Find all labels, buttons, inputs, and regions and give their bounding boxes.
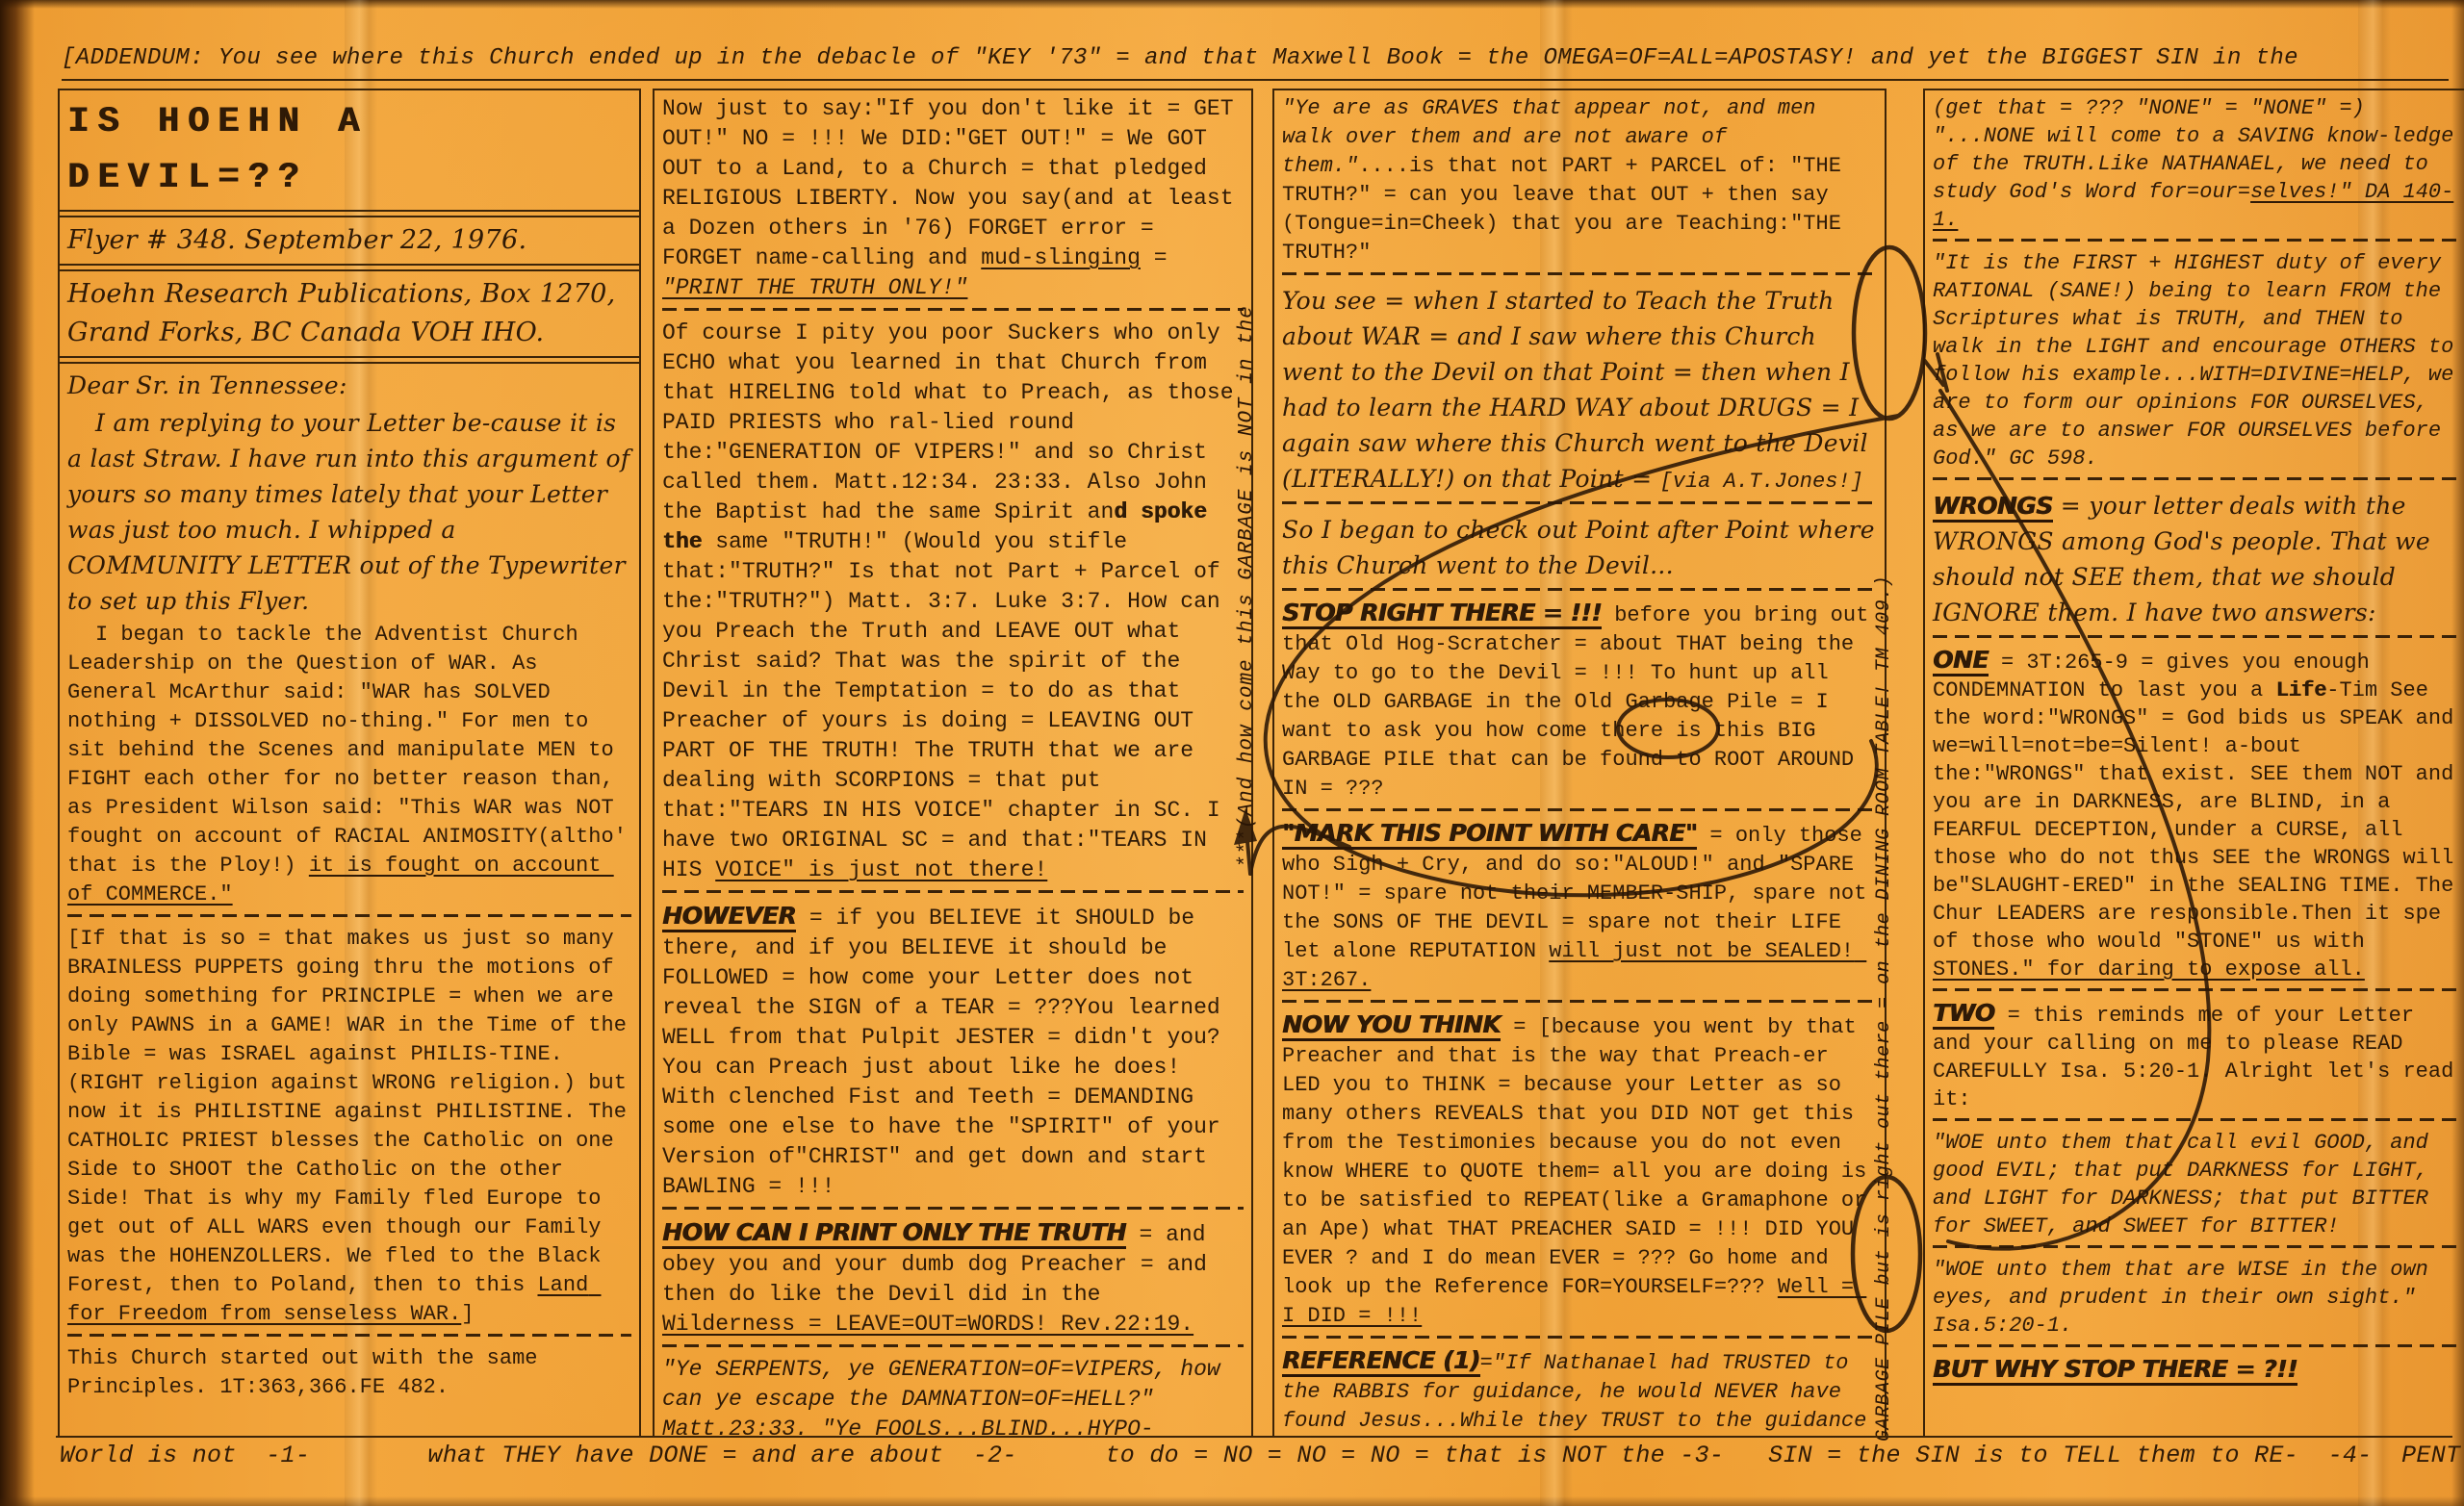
text-segment: Life: [2275, 678, 2326, 702]
text-segment: "PRINT THE TRUTH ONLY!": [662, 275, 967, 300]
text-segment: -Tim See the word:"WRONGS" = God bids us…: [1933, 678, 2464, 954]
text-block: REFERENCE (1)="If Nathanael had TRUSTED …: [1282, 1346, 1877, 1436]
text-segment: This Church started out with the same Pr…: [67, 1346, 551, 1399]
text-segment: Wilderness = LEAVE=OUT=WORDS! Rev.22:19.: [662, 1312, 1193, 1337]
text-segment: "Ye SERPENTS, ye GENERATION=OF=VIPERS, h…: [662, 1357, 1234, 1436]
bottom-rule: [56, 1436, 2452, 1438]
text-segment: ]: [461, 1302, 474, 1326]
dashed-separator: [1282, 588, 1877, 591]
text-segment: [via A.T.Jones!]: [1660, 470, 1863, 494]
margin-note-dining-room-table: GARBAGE PILE but is right out there = on…: [1873, 73, 1904, 1442]
text-block: I am replying to your Letter be-cause it…: [67, 405, 631, 619]
text-block: "Ye SERPENTS, ye GENERATION=OF=VIPERS, h…: [662, 1355, 1244, 1436]
text-block: You see = when I started to Teach the Tr…: [1282, 283, 1877, 497]
text-segment: VOICE" is just not there!: [715, 857, 1047, 882]
text-segment: [If that is so = that makes us just so m…: [67, 927, 639, 1297]
dashed-separator: [67, 1334, 631, 1337]
text-block: Now just to say:"If you don't like it = …: [662, 94, 1244, 303]
text-block: [If that is so = that makes us just so m…: [67, 925, 631, 1329]
text-segment: =: [1141, 245, 1180, 270]
dashed-separator: [1933, 635, 2464, 638]
text-block: Dear Sr. in Tennessee:: [67, 368, 631, 403]
horizontal-rule: [60, 362, 639, 364]
text-segment: same "TRUTH!" (Would you stifle that:"TR…: [662, 529, 1234, 882]
text-block: HOW CAN I PRINT ONLY THE TRUTH = and obe…: [662, 1217, 1244, 1340]
text-segment: ....is that not PART + PARCEL of: "THE T…: [1282, 154, 1854, 265]
dashed-separator: [1933, 477, 2464, 480]
margin-note-garbage-question: ***(And how come this GARBAGE is NOT in …: [1236, 60, 1267, 868]
text-block: WRONGS = your letter deals with the WRON…: [1933, 488, 2464, 630]
text-segment: TWO: [1933, 999, 1994, 1030]
text-segment: NOW YOU THINK: [1282, 1010, 1501, 1041]
text-segment: I am replying to your Letter be-cause it…: [67, 409, 638, 615]
horizontal-rule: [60, 210, 639, 212]
dashed-separator: [662, 890, 1244, 893]
text-block: Flyer # 348. September 22, 1976.: [67, 221, 631, 260]
dashed-separator: [662, 1344, 1244, 1347]
text-segment: = if you BELIEVE it SHOULD be there, and…: [662, 906, 1234, 1199]
horizontal-rule: [60, 264, 639, 266]
text-segment: ONE: [1933, 646, 1989, 676]
text-segment: So I began to check out Point after Poin…: [1282, 516, 1883, 579]
dashed-separator: [67, 914, 631, 917]
text-segment: before you bring out that Old Hog-Scratc…: [1282, 603, 1881, 801]
text-segment: WRONGS: [1933, 492, 2053, 523]
text-segment: I began to tackle the Adventist Church L…: [67, 623, 639, 878]
text-segment: = this reminds me of your Letter and you…: [1933, 1004, 2464, 1111]
text-block: STOP RIGHT THERE = !!! before you bring …: [1282, 599, 1877, 804]
column-3: "Ye are as GRAVES that appear not, and m…: [1272, 89, 1886, 1436]
text-segment: Hoehn Research Publications, Box 1270, G…: [67, 279, 624, 347]
column-4: (get that = ??? "NONE" = "NONE" =) "...N…: [1923, 89, 2464, 1436]
dashed-separator: [662, 1207, 1244, 1210]
text-block: BUT WHY STOP THERE = ?!!: [1933, 1355, 2464, 1386]
paper-edge-bottom: [0, 1496, 2464, 1506]
text-segment: Now just to say:"If you don't like it = …: [662, 96, 1246, 270]
text-block: "MARK THIS POINT WITH CARE" = only those…: [1282, 819, 1877, 995]
paper-edge-top: [0, 0, 2464, 9]
dashed-separator: [1933, 239, 2464, 242]
text-segment: BUT WHY STOP THERE = ?!!: [1933, 1355, 2297, 1386]
column-2: Now just to say:"If you don't like it = …: [653, 89, 1253, 1436]
text-block: Hoehn Research Publications, Box 1270, G…: [67, 275, 631, 352]
dashed-separator: [1282, 1000, 1877, 1003]
paper-edge-left: [0, 0, 35, 1506]
dashed-separator: [1933, 1245, 2464, 1248]
text-segment: REFERENCE (1): [1282, 1346, 1480, 1377]
text-segment: STONES." for daring to expose all.: [1933, 957, 2365, 982]
text-segment: "It is the FIRST + HIGHEST duty of every…: [1933, 251, 2464, 471]
text-segment: "WOE unto them that call evil GOOD, and …: [1933, 1131, 2441, 1238]
text-block: (get that = ??? "NONE" = "NONE" =) "...N…: [1933, 94, 2464, 234]
text-segment: HOWEVER: [662, 902, 796, 932]
dashed-separator: [1933, 1118, 2464, 1121]
text-block: I began to tackle the Adventist Church L…: [67, 621, 631, 909]
text-block: ONE = 3T:265-9 = gives you enough CONDEM…: [1933, 646, 2464, 983]
horizontal-rule: [60, 216, 639, 217]
flyer-page: [ADDENDUM: You see where this Church end…: [0, 0, 2464, 1506]
dashed-separator: [1933, 988, 2464, 991]
text-block: TWO = this reminds me of your Letter and…: [1933, 999, 2464, 1113]
dashed-separator: [1282, 272, 1877, 275]
text-block: "WOE unto them that are WISE in the own …: [1933, 1256, 2464, 1340]
text-segment: mud-slinging: [981, 245, 1141, 270]
text-segment: HOW CAN I PRINT ONLY THE TRUTH: [662, 1218, 1126, 1249]
footer-line: World is not -1- what THEY have DONE = a…: [60, 1442, 2464, 1484]
column-1: IS HOEHN A DEVIL=??Flyer # 348. Septembe…: [58, 89, 641, 1436]
text-block: This Church started out with the same Pr…: [67, 1344, 631, 1402]
dashed-separator: [1282, 501, 1877, 504]
dashed-separator: [662, 308, 1244, 311]
text-block: "WOE unto them that call evil GOOD, and …: [1933, 1129, 2464, 1240]
text-segment: "WOE unto them that are WISE in the own …: [1933, 1258, 2441, 1338]
dashed-separator: [1282, 808, 1877, 811]
horizontal-rule: [60, 356, 639, 358]
dashed-separator: [1282, 1336, 1877, 1339]
text-block: IS HOEHN A DEVIL=??: [67, 94, 631, 206]
text-block: "Ye are as GRAVES that appear not, and m…: [1282, 94, 1877, 268]
text-block: HOWEVER = if you BELIEVE it SHOULD be th…: [662, 901, 1244, 1202]
text-segment: Of course I pity you poor Suckers who on…: [662, 320, 1246, 524]
text-block: Of course I pity you poor Suckers who on…: [662, 319, 1244, 885]
horizontal-rule: [60, 269, 639, 271]
text-segment: = [because you went by that Preacher and…: [1282, 1015, 1880, 1299]
text-segment: IS HOEHN A DEVIL=??: [67, 102, 398, 198]
text-segment: You see = when I started to Teach the Tr…: [1282, 287, 1876, 493]
text-block: So I began to check out Point after Poin…: [1282, 512, 1877, 583]
text-segment: Flyer # 348. September 22, 1976.: [67, 225, 526, 255]
dashed-separator: [1933, 1344, 2464, 1347]
text-block: NOW YOU THINK = [because you went by tha…: [1282, 1010, 1877, 1331]
text-segment: Dear Sr. in Tennessee:: [67, 371, 347, 399]
text-block: "It is the FIRST + HIGHEST duty of every…: [1933, 249, 2464, 472]
text-segment: STOP RIGHT THERE = !!!: [1282, 599, 1602, 629]
text-segment: "MARK THIS POINT WITH CARE": [1282, 819, 1697, 850]
